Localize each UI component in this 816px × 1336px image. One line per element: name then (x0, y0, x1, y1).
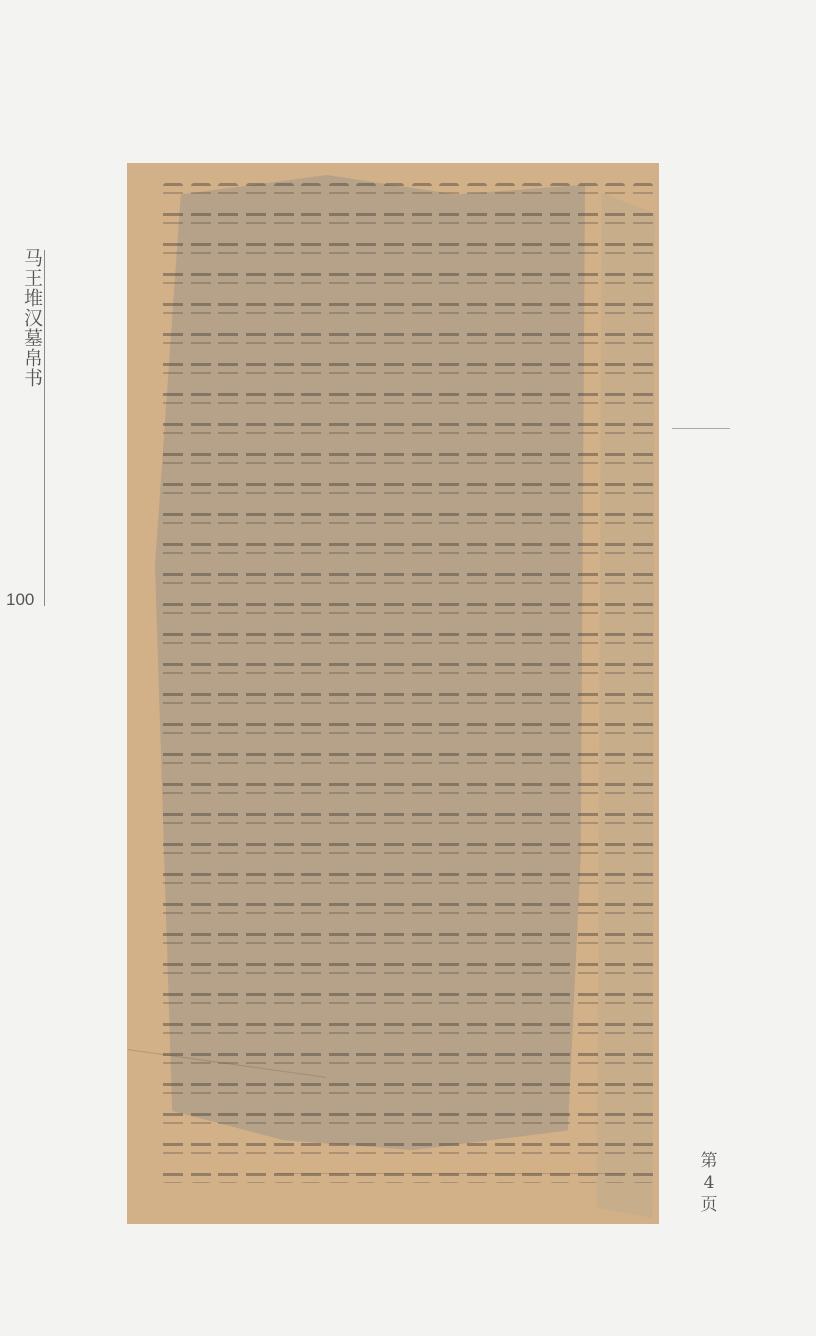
text-column (495, 183, 515, 1183)
crease (277, 1173, 627, 1174)
text-column (633, 183, 653, 1183)
text-column (301, 183, 321, 1183)
text-column (384, 183, 404, 1183)
text-column (550, 183, 570, 1183)
text-column (522, 183, 542, 1183)
text-column (439, 183, 459, 1183)
plate-label: 第4页 (698, 1150, 720, 1216)
text-column (578, 183, 598, 1183)
text-column (467, 183, 487, 1183)
text-column (191, 183, 211, 1183)
side-rule (44, 250, 45, 606)
page-number: 100 (6, 590, 34, 610)
text-column (218, 183, 238, 1183)
text-column (412, 183, 432, 1183)
text-column (274, 183, 294, 1183)
book-title: 马王堆汉墓帛书 (18, 248, 44, 388)
text-columns (163, 183, 653, 1183)
text-column (605, 183, 625, 1183)
manuscript-plate (127, 163, 659, 1224)
text-column (329, 183, 349, 1183)
margin-mark (672, 428, 730, 429)
text-column (356, 183, 376, 1183)
text-column (246, 183, 266, 1183)
text-column (163, 183, 183, 1183)
